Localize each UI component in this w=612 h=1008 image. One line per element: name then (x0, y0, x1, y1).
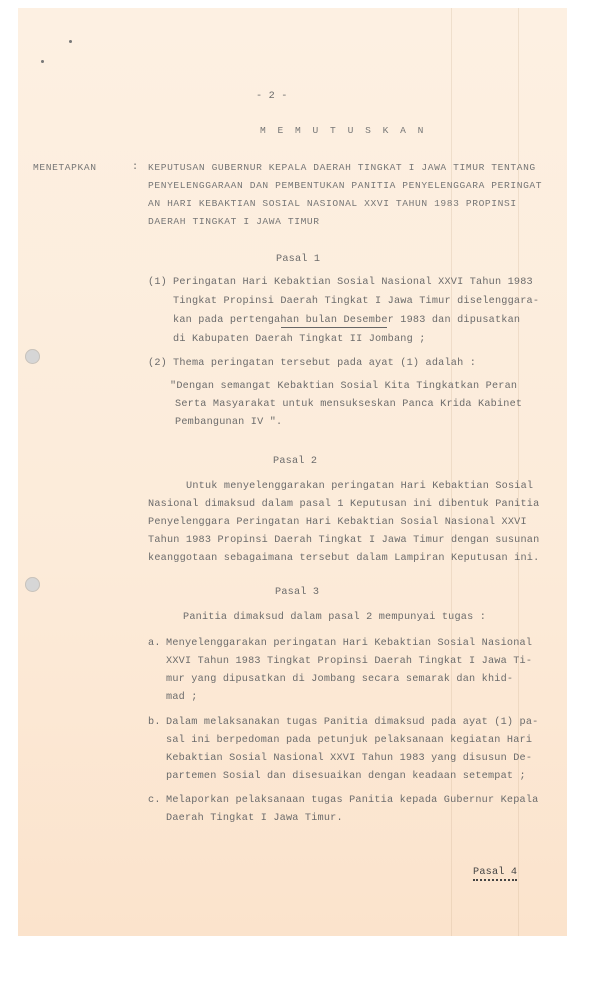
colon: : (132, 161, 138, 174)
item-line: sal ini berpedoman pada petunjuk pelaksa… (166, 734, 532, 747)
pasal3-intro: Panitia dimaksud dalam pasal 2 mempunyai… (183, 611, 486, 624)
item-line: partemen Sosial dan disesuaikan dengan k… (166, 770, 526, 783)
theme-line: Pembangunan IV ". (175, 416, 282, 429)
decree-line: AN HARI KEBAKTIAN SOSIAL NASIONAL XXVI T… (148, 197, 517, 210)
item-line: Daerah Tingkat I Jawa Timur. (166, 812, 343, 825)
pasal2-line: Nasional dimaksud dalam pasal 1 Keputusa… (148, 498, 539, 511)
decree-line: PENYELENGGARAAN DAN PEMBENTUKAN PANITIA … (148, 179, 542, 192)
item-line: Kebaktian Sosial Nasional XXVI Tahun 198… (166, 752, 532, 765)
underline-mark (281, 327, 387, 328)
ink-speck (41, 60, 44, 63)
menetapkan-label: MENETAPKAN (33, 161, 97, 174)
pasal1-item1-line: Tingkat Propinsi Daerah Tingkat I Jawa T… (173, 295, 539, 308)
item-line: Dalam melaksanakan tugas Panitia dimaksu… (166, 716, 539, 729)
ink-speck (69, 40, 72, 43)
theme-line: Serta Masyarakat untuk mensukseskan Panc… (175, 398, 522, 411)
item-line: Melaporkan pelaksanaan tugas Panitia kep… (166, 794, 539, 807)
pasal2-line: keanggotaan sebagaimana tersebut dalam L… (148, 552, 539, 565)
pasal3-title: Pasal 3 (275, 586, 319, 599)
pasal1-item1-line: kan pada pertengahan bulan Desember 1983… (173, 314, 520, 327)
punch-hole (25, 349, 40, 364)
item-line: mur yang dipusatkan di Jombang secara se… (166, 673, 513, 686)
decree-line: KEPUTUSAN GUBERNUR KEPALA DAERAH TINGKAT… (148, 161, 536, 174)
punch-hole (25, 577, 40, 592)
item-line: mad ; (166, 691, 198, 704)
item-marker: b. (148, 716, 161, 729)
theme-line: "Dengan semangat Kebaktian Sosial Kita T… (170, 380, 517, 393)
pasal1-item2-num: (2) (148, 357, 167, 370)
pasal1-title: Pasal 1 (276, 253, 320, 266)
item-line: XXVI Tahun 1983 Tingkat Propinsi Daerah … (166, 655, 532, 668)
pasal1-item1-line: di Kabupaten Daerah Tingkat II Jombang ; (173, 333, 426, 346)
item-marker: c. (148, 794, 161, 807)
pasal2-title: Pasal 2 (273, 455, 317, 468)
decree-line: DAERAH TINGKAT I JAWA TIMUR (148, 215, 320, 228)
pasal1-item1-line: Peringatan Hari Kebaktian Sosial Nasiona… (173, 276, 533, 289)
pasal1-item1-num: (1) (148, 276, 167, 289)
item-marker: a. (148, 637, 161, 650)
page-number: - 2 - (256, 90, 288, 103)
pasal2-line: Untuk menyelenggarakan peringatan Hari K… (186, 480, 533, 493)
next-page-catchword: Pasal 4 (473, 866, 517, 881)
item-line: Menyelenggarakan peringatan Hari Kebakti… (166, 637, 532, 650)
pasal2-line: Penyelenggara Peringatan Hari Kebaktian … (148, 516, 527, 529)
pasal1-item2-line: Thema peringatan tersebut pada ayat (1) … (173, 357, 476, 370)
heading: M E M U T U S K A N (260, 124, 426, 137)
document-page: - 2 - M E M U T U S K A N MENETAPKAN : K… (18, 8, 567, 936)
pasal2-line: Tahun 1983 Propinsi Daerah Tingkat I Jaw… (148, 534, 539, 547)
